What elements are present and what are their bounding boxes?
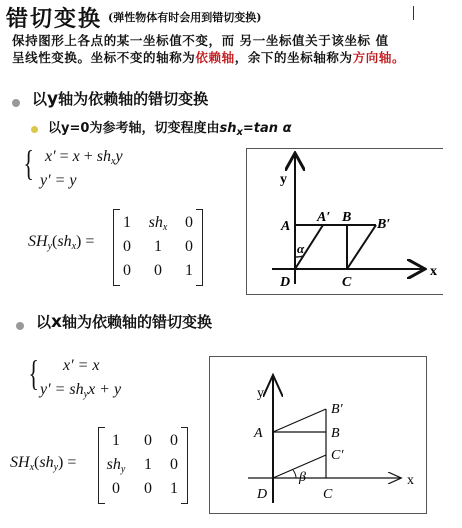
svg-text:B: B [331,426,340,441]
section-x-heading: 以x轴为依赖轴的错切变换 [36,311,212,332]
svg-text:B′: B′ [331,402,344,417]
section-y-heading: 以y轴为依赖轴的错切变换 [32,88,208,109]
term-dependent-axis: 依赖轴 [195,50,234,65]
sub-formula: sh [219,121,236,136]
eq-tail: x + y [88,381,121,398]
matrix-x-label: SHx(shy) = [10,454,76,473]
intro-text: 。 [392,50,405,65]
term-direction-axis: 方向轴 [353,50,392,65]
svg-text:D: D [279,275,290,290]
matrix-cell: 0 [141,259,175,283]
svg-text:y: y [257,386,264,401]
eq-lhs: x′ [45,148,56,165]
section-y-subheading: 以y=0为参考轴，切变程度由shx=tan α [48,117,292,138]
matrix-y: 1 shx 0 0 1 0 0 0 1 [113,209,203,284]
equation-x-prime: x′ = x + shxy [45,148,123,167]
shear-diagram-y: y x A A′ B B′ C D α [247,149,443,294]
svg-text:C′: C′ [331,448,344,463]
brace-icon: { [23,142,33,184]
matrix-cell: shx [141,211,175,235]
intro-text: ，余下的坐标轴称为 [235,50,353,65]
matrix-y-label: SHy(shx) = [28,233,94,252]
heading-text: 以 [36,313,51,331]
matrix-cell: 0 [134,477,162,501]
heading-text: 以 [32,90,47,108]
svg-text:y: y [280,172,287,187]
matrix-label: SH [10,454,30,471]
figure-y-shear: y x A A′ B B′ C D α [246,148,443,295]
intro-line-2: 呈线性变换。坐标不变的轴称为依赖轴，余下的坐标轴称为方向轴。 [12,48,405,66]
heading-axis: y [47,89,58,109]
sub-bullet-icon [31,126,38,133]
eq-lhs: y′ = sh [40,381,84,398]
matrix-cell: 0 [134,429,162,453]
sub-text: 以 [48,121,61,136]
brace-icon: { [28,352,38,394]
page-subtitle: (弹性物体有时会用到错切变换) [108,9,261,25]
matrix-label: SH [28,233,48,250]
bullet-icon [16,322,24,330]
svg-text:B′: B′ [376,217,390,232]
text-cursor [413,6,414,20]
eq-sub: x [111,156,115,167]
bullet-icon [12,99,20,107]
svg-text:A: A [280,219,290,234]
svg-text:C: C [342,275,352,290]
matrix-cell: 1 [141,235,175,259]
heading-axis: x [51,312,62,332]
svg-text:x: x [430,264,437,279]
heading-text: 轴为依赖轴的错切变换 [62,313,212,331]
sub-formula-tail: =tan α [243,121,292,136]
shear-diagram-x: y x A B′ B C′ C D β [210,357,426,513]
equation-y-prime: y′ = shyx + y [40,381,121,400]
sub-ref: y=0 [61,121,89,136]
page-title: 错切变换 [6,2,102,33]
figure-x-shear: y x A B′ B C′ C D β [209,356,427,514]
svg-text:A′: A′ [316,210,330,225]
heading-text: 轴为依赖轴的错切变换 [58,90,208,108]
intro-line-1: 保持图形上各点的某一坐标值不变，而 另一坐标值关于该坐标 值 [12,31,389,49]
svg-text:B: B [341,210,351,225]
svg-text:α: α [297,241,305,256]
svg-text:β: β [298,470,306,485]
equation-y-prime: y′ = y [40,172,77,190]
equation-x-prime: x′ = x [63,357,100,375]
svg-text:A: A [253,426,263,441]
svg-text:D: D [256,487,267,502]
matrix-cell: 1 [134,453,162,477]
matrix-x: 1 0 0 shy 1 0 0 0 1 [98,427,188,502]
sub-text: 为参考轴，切变程度由 [89,121,219,136]
svg-text:C: C [323,487,333,502]
intro-text: 呈线性变换。坐标不变的轴称为 [12,50,195,65]
svg-text:x: x [407,473,414,488]
